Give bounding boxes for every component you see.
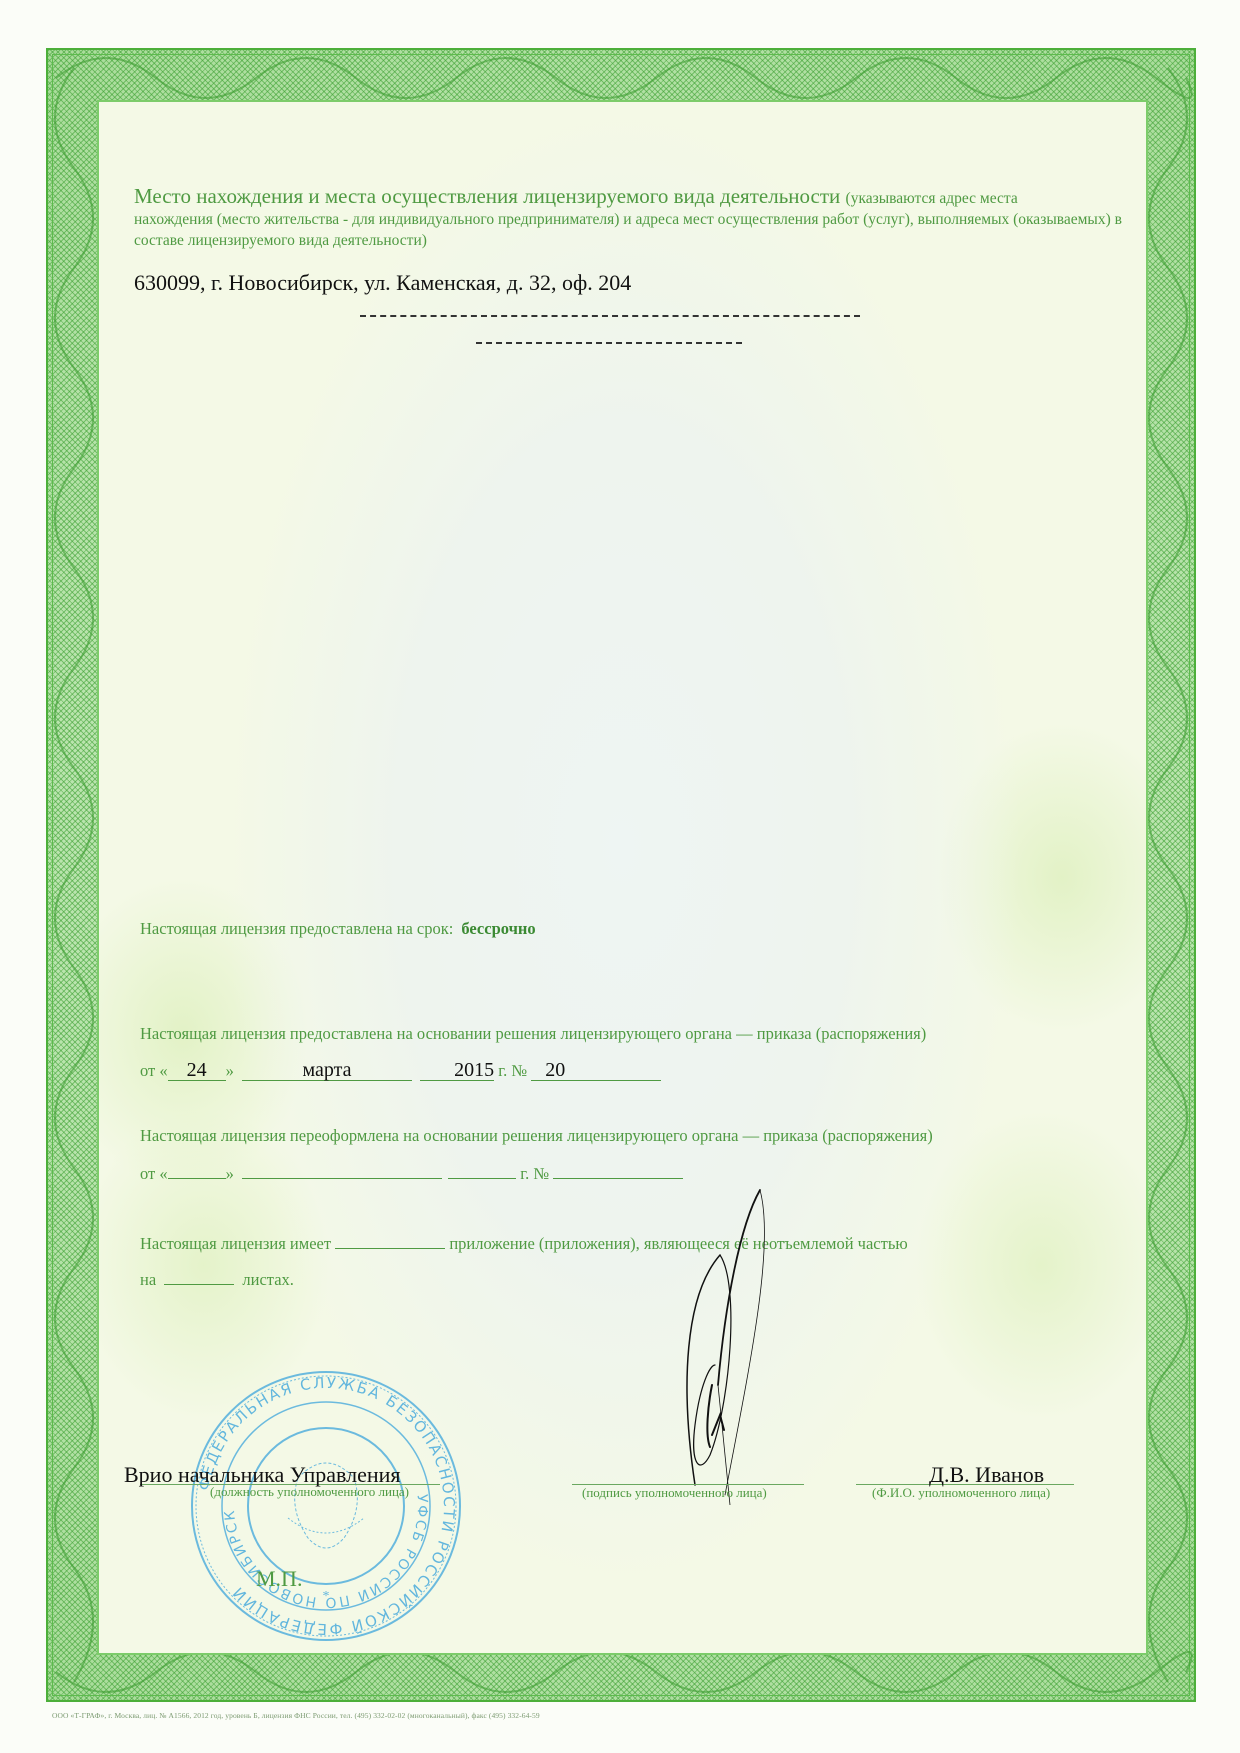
basis-date-row: от «24» марта 2015 г. № 20	[140, 1060, 661, 1081]
annex-text: Настоящая лицензия имеет приложение (при…	[140, 1230, 908, 1254]
location-heading: Место нахождения и места осуществления л…	[134, 183, 1124, 212]
basis-year: 2015	[420, 1060, 494, 1081]
quote-close: »	[226, 1164, 234, 1183]
license-term: Настоящая лицензия предоставлена на срок…	[140, 919, 536, 939]
basis-number: 20	[531, 1060, 661, 1081]
annex-count	[335, 1230, 445, 1249]
reissue-number	[553, 1160, 683, 1179]
dashed-fill-line	[476, 342, 742, 344]
name-caption: (Ф.И.О. уполномоченного лица)	[872, 1485, 1050, 1501]
year-suffix: г.	[520, 1164, 529, 1183]
address-value: 630099, г. Новосибирск, ул. Каменская, д…	[134, 270, 631, 296]
sheets-count	[164, 1266, 234, 1285]
stamp-place-label: М.П.	[256, 1566, 302, 1592]
license-page: Место нахождения и места осуществления л…	[0, 0, 1240, 1753]
basis-day: 24	[168, 1060, 226, 1081]
sheets-prefix: на	[140, 1270, 156, 1289]
reissue-year	[448, 1160, 516, 1179]
number-label: №	[511, 1061, 527, 1080]
svg-text:*: *	[323, 1589, 330, 1604]
location-heading-note-rest: нахождения (место жительства - для индив…	[134, 209, 1124, 251]
date-prefix: от «	[140, 1164, 168, 1183]
term-value: бессрочно	[461, 919, 535, 938]
term-label: Настоящая лицензия предоставлена на срок…	[140, 919, 453, 938]
sheets-suffix: листах.	[242, 1270, 294, 1289]
year-suffix: г.	[498, 1061, 507, 1080]
basis-text: Настоящая лицензия предоставлена на осно…	[140, 1024, 926, 1044]
position-caption: (должность уполномоченного лица)	[210, 1484, 409, 1500]
reissue-text: Настоящая лицензия переоформлена на осно…	[140, 1126, 933, 1146]
reissue-month	[242, 1160, 442, 1179]
reissue-day	[168, 1160, 226, 1179]
reissue-date-row: от «» г. №	[140, 1160, 683, 1184]
printer-footer: ООО «Т-ГРАФ», г. Москва, лиц. № А1566, 2…	[52, 1711, 540, 1720]
handwritten-signature-icon	[640, 1185, 790, 1505]
annex-text-start: Настоящая лицензия имеет	[140, 1234, 331, 1253]
dashed-fill-line	[360, 315, 860, 317]
basis-month: марта	[242, 1060, 412, 1081]
official-seal-icon: ФЕДЕРАЛЬНАЯ СЛУЖБА БЕЗОПАСНОСТИ РОССИЙСК…	[188, 1368, 464, 1644]
date-prefix: от «	[140, 1061, 168, 1080]
location-heading-note: (указываются адрес места	[846, 190, 1018, 207]
location-heading-title: Место нахождения и места осуществления л…	[134, 184, 840, 208]
signature-caption: (подпись уполномоченного лица)	[582, 1485, 767, 1501]
quote-close: »	[226, 1061, 234, 1080]
sheets-row: на листах.	[140, 1266, 294, 1290]
number-label: №	[533, 1164, 549, 1183]
